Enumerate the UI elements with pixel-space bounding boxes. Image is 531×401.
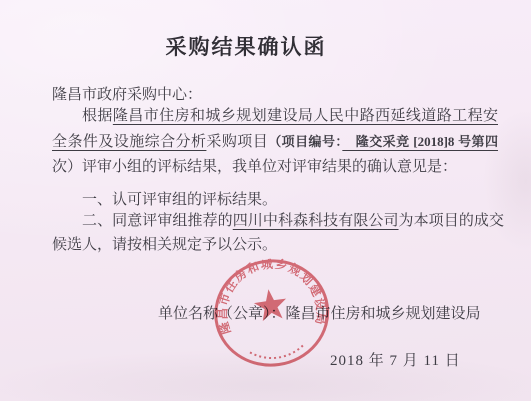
company-name-underlined: 四川中科森科技有限公司 [233, 213, 399, 229]
scanned-letter: 采购结果确认函 隆昌市政府采购中心： 根据隆昌市住房和城乡规划建设局人民中路西延… [0, 0, 531, 401]
paragraph-project: 根据隆昌市住房和城乡规划建设局人民中路西延线道路工程安全条件及设施综合分析采购项… [52, 104, 498, 180]
para1-prefix: 根据 [82, 108, 113, 124]
page-title: 采购结果确认函 [0, 31, 492, 61]
para1-mid: 采购项目 [206, 134, 268, 150]
item-2: 二、同意评审组推荐的四川中科森科技有限公司为本项目的成交候选人，请按相关规定予以… [52, 209, 504, 257]
salutation: 隆昌市政府采购中心： [52, 83, 202, 104]
project-no-label: （项目编号： [268, 134, 342, 149]
official-stamp: 隆昌市住房和城乡规划建设局 [205, 251, 339, 379]
item-1: 一、认可评审组的评标结果。 [82, 188, 277, 209]
project-no-underlined: 隆交采竞 [2018]8 号第四 [342, 134, 498, 149]
item2-prefix: 二、同意评审组推荐的 [82, 213, 233, 229]
date-line: 2018 年 7 月 11 日 [330, 349, 461, 370]
stamp-star-icon [252, 287, 288, 322]
para1-suffix: 次）评审小组的评标结果，我单位对评审结果的确认意见是： [52, 159, 457, 175]
